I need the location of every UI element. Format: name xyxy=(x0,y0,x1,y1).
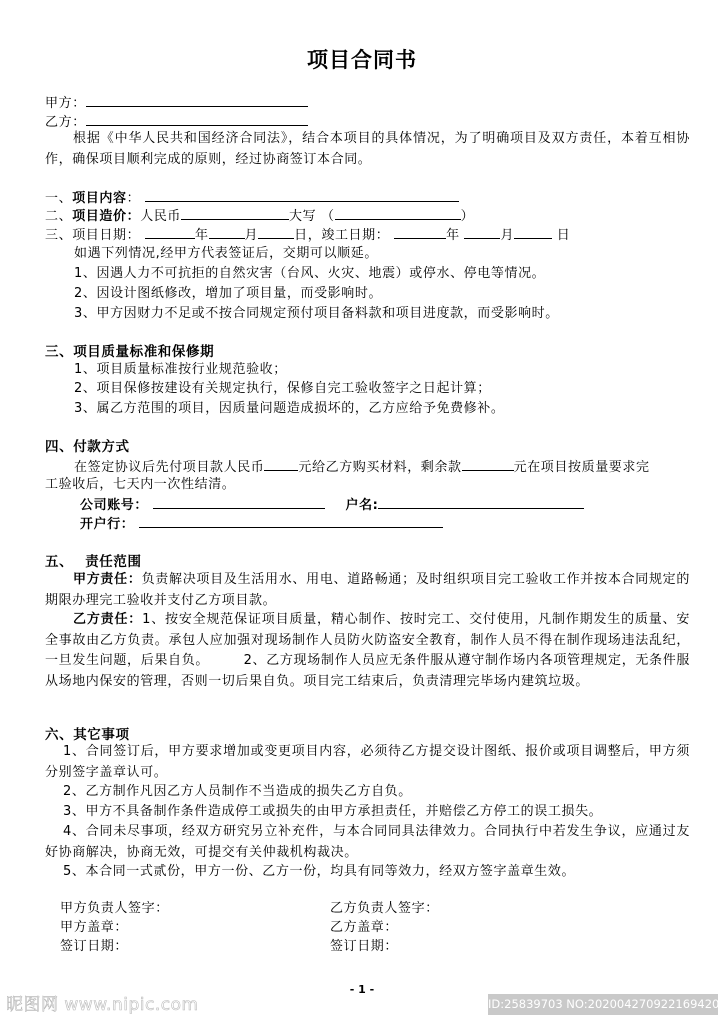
other-item: 2、乙方制作凡因乙方人员制作不当造成的损失乙方自负。 xyxy=(45,782,690,803)
payment-heading: 四、付款方式 xyxy=(45,438,130,456)
delay-item: 3、甲方因财力不足或不按合同规定预付项目备料款和项目进度款，而受影响时。 xyxy=(74,305,559,323)
start-month-blank[interactable] xyxy=(209,225,245,239)
intro-paragraph: 根据《中华人民共和国经济合同法》，结合本项目的具体情况，为了明确项目及双方责任，… xyxy=(45,129,690,170)
watermark-id: ID:25839703 NO:20200427092216942036 xyxy=(488,994,718,1015)
account-line: 公司账号： 户名: xyxy=(80,495,584,515)
payment-text: 在签定协议后先付项目款人民币 xyxy=(74,460,264,475)
party-a-date-label: 签订日期： xyxy=(60,938,128,956)
other-item: 3、甲方不具备制作条件造成停工或损失的由甲方承担责任，并赔偿乙方停工的误工损失。 xyxy=(45,802,690,823)
party-b-label: 乙方： xyxy=(45,115,86,130)
bank-line: 开户行： xyxy=(80,514,443,534)
quality-heading: 三、项目质量标准和保修期 xyxy=(45,343,214,361)
watermark-logo: 昵图网 www.nipic.com xyxy=(6,990,199,1015)
payment-text: 元在项目按质量要求完 xyxy=(514,460,650,475)
end-year-blank[interactable] xyxy=(394,225,446,239)
section-project-dates: 三、项目日期： 年月日，竣工日期： 年 月 日 xyxy=(45,225,570,245)
price-uppercase-blank[interactable] xyxy=(335,206,461,220)
document-title: 项目合同书 xyxy=(0,44,724,74)
bank-label: 开户行： xyxy=(80,517,134,532)
party-b-blank[interactable] xyxy=(86,112,308,126)
daxie-label: 大写 （ xyxy=(289,209,335,224)
balance-amount-blank[interactable] xyxy=(462,457,514,471)
party-a-label: 甲方： xyxy=(45,96,86,111)
delay-item: 1、因遇人力不可抗拒的自然灾害（台风、火灾、地震）或停水、停电等情况。 xyxy=(74,265,545,283)
account-name-label: 户名: xyxy=(345,498,378,513)
year-unit: 年 xyxy=(195,228,209,243)
quality-item: 1、项目质量标准按行业规范验收； xyxy=(74,361,287,379)
quality-item: 3、属乙方范围的项目，因质量问题造成损坏的，乙方应给予免费修补。 xyxy=(74,400,504,418)
section-number: 一、 xyxy=(45,191,72,206)
payment-line-1: 在签定协议后先付项目款人民币元给乙方购买材料，剩余款元在项目按质量要求完 xyxy=(74,457,650,477)
party-b-responsibility-text: 1、按安全规范保证项目质量，精心制作、按时完工、交付使用，凡制作期发生的质量、安… xyxy=(45,612,690,689)
month-unit: 月 xyxy=(500,228,514,243)
price-amount-blank[interactable] xyxy=(181,206,289,220)
section-title: 项目造价： xyxy=(72,209,140,224)
bank-name-blank[interactable] xyxy=(139,514,443,528)
other-item: 4、合同未尽事项，经双方研究另立补充件，与本合同同具法律效力。合同执行中若发生争… xyxy=(45,822,690,863)
quality-item: 2、项目保修按建设有关规定执行，保修自完工验收签字之日起计算； xyxy=(74,380,491,398)
other-item: 5、本合同一式贰份，甲方一份、乙方一份，均具有同等效力，经双方签字盖章生效。 xyxy=(45,862,690,883)
colon: ： xyxy=(127,191,141,206)
party-a-blank[interactable] xyxy=(86,93,308,107)
account-name-blank[interactable] xyxy=(378,495,584,509)
party-b-signature-label: 乙方负责人签字： xyxy=(330,900,439,918)
section-project-price: 二、项目造价：人民币大写 （） xyxy=(45,206,474,226)
responsibility-heading: 五、责任范围 xyxy=(45,553,142,571)
close-paren: ） xyxy=(461,209,475,224)
party-a-responsibility-label: 甲方责任： xyxy=(73,572,142,587)
party-b-seal-label: 乙方盖章： xyxy=(330,919,398,937)
party-b-responsibility-label: 乙方责任： xyxy=(73,612,142,627)
project-content-blank[interactable] xyxy=(145,188,459,202)
party-a-seal-label: 甲方盖章： xyxy=(60,919,128,937)
end-month-blank[interactable] xyxy=(464,225,500,239)
delay-item: 2、因设计图纸修改，增加了项目量，而受影响时。 xyxy=(74,285,382,303)
start-day-blank[interactable] xyxy=(258,225,294,239)
section-title: 责任范围 xyxy=(85,554,141,570)
section-number: 二、 xyxy=(45,209,72,224)
prepay-amount-blank[interactable] xyxy=(264,457,298,471)
other-item: 1、合同签订后，甲方要求增加或变更项目内容，必须待乙方提交设计图纸、报价或项目调… xyxy=(45,742,690,783)
section-number: 五、 xyxy=(45,554,73,570)
party-a-signature-label: 甲方负责人签字： xyxy=(60,900,169,918)
year-unit: 年 xyxy=(446,228,460,243)
account-label: 公司账号： xyxy=(80,498,148,513)
party-a-line: 甲方： xyxy=(45,93,308,113)
party-b-responsibility: 乙方责任：1、按安全规范保证项目质量，精心制作、按时完工、交付使用，凡制作期发生… xyxy=(45,610,690,692)
month-unit: 月 xyxy=(245,228,259,243)
party-a-responsibility: 甲方责任：负责解决项目及生活用水、用电、道路畅通；及时组织项目完工验收工作并按本… xyxy=(45,570,690,611)
party-b-date-label: 签订日期： xyxy=(330,938,398,956)
delay-intro: 如遇下列情况,经甲方代表签证后，交期可以顺延。 xyxy=(74,245,378,263)
rmb-label: 人民币 xyxy=(140,209,181,224)
party-a-responsibility-text: 负责解决项目及生活用水、用电、道路畅通；及时组织项目完工验收工作并按本合同规定的… xyxy=(45,572,690,608)
start-year-blank[interactable] xyxy=(145,225,195,239)
payment-line-2: 工验收后，七天内一次性结清。 xyxy=(45,476,235,494)
dates-label: 三、项目日期： xyxy=(45,228,140,243)
payment-text: 元给乙方购买材料，剩余款 xyxy=(298,460,461,475)
day-unit: 日 xyxy=(557,228,571,243)
end-day-blank[interactable] xyxy=(514,225,552,239)
section-title: 项目内容 xyxy=(72,191,126,206)
section-project-content: 一、项目内容： xyxy=(45,188,459,208)
completion-date-label: 日，竣工日期： xyxy=(294,228,389,243)
account-number-blank[interactable] xyxy=(153,495,325,509)
